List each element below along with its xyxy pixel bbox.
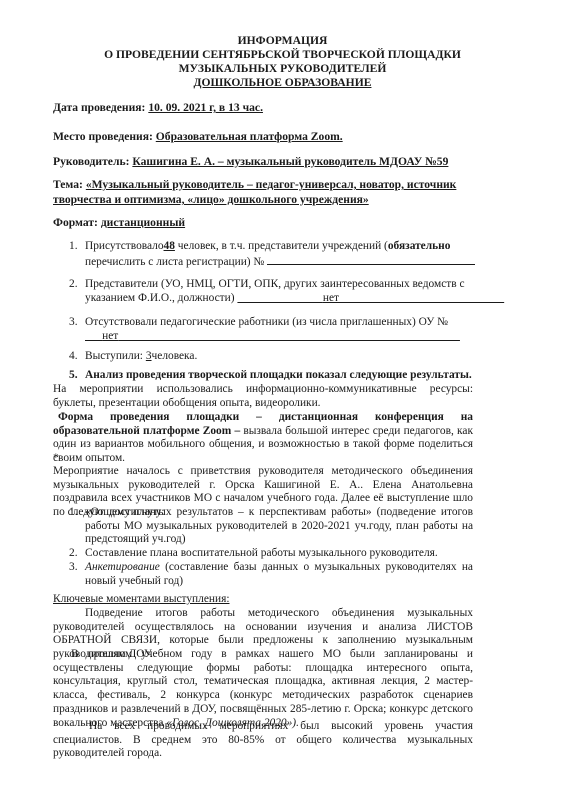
list-item-3-num: 3.	[69, 316, 78, 328]
date-value: 10. 09. 2021 г, в 13 час.	[148, 101, 263, 114]
doc-title-line4: ДОШКОЛЬНОЕ ОБРАЗОВАНИЕ	[0, 76, 565, 90]
attendance-count: 48	[164, 240, 175, 252]
place-label: Место проведения:	[53, 130, 153, 143]
format-field: Формат: дистанционный	[53, 216, 185, 229]
key-moments-p2: В прошлом учебном году в рамках нашего М…	[53, 648, 473, 730]
list-item-4-line: Выступили: 3человека.	[85, 350, 197, 362]
list-item-2-line1: Представители (УО, НМЦ, ОГТИ, ОПК, други…	[85, 278, 465, 290]
topic-field: Тема: «Музыкальный руководитель – педаго…	[53, 178, 456, 191]
list-item-2-line2: указанием Ф.И.О., должности) нет	[85, 292, 467, 304]
leader-value: Кашигина Е. А. – музыкальный руководител…	[132, 155, 448, 168]
plan-item-3-text: Анкетирование (составление базы данных о…	[85, 561, 473, 588]
format-paragraph: Форма проведения площадки – дистанционна…	[53, 411, 473, 466]
list-item-1-num: 1.	[69, 240, 78, 252]
plan-item-3-num: 3.	[69, 561, 78, 573]
key-moments-p3: На всех проводимых мероприятиях был высо…	[53, 720, 473, 761]
list-item-4-num: 4.	[69, 350, 78, 362]
key-moments-heading: Ключевые моментами выступления:	[53, 593, 230, 605]
topic-value-line2: творчества и оптимизма, «лицо» дошкольно…	[53, 193, 369, 206]
place-value: Образовательная платформа Zoom.	[156, 130, 343, 143]
date-label: Дата проведения:	[53, 101, 145, 114]
list-item-3-line1: Отсутствовали педагогические работники (…	[85, 316, 448, 328]
list-item-5-num: 5.	[69, 369, 78, 381]
format-value: дистанционный	[101, 216, 185, 229]
format-label: Формат:	[53, 216, 98, 229]
topic-label: Тема:	[53, 178, 83, 191]
list-item-1-line1: Присутствовало48 человек, в т.ч. предста…	[85, 240, 450, 252]
leader-field: Руководитель: Кашигина Е. А. – музыкальн…	[53, 155, 448, 168]
doc-title-line3: МУЗЫКАЛЬНЫХ РУКОВОДИТЕЛЕЙ	[0, 62, 565, 76]
list-item-5-text: Анализ проведения творческой площадки по…	[85, 369, 472, 381]
date-field: Дата проведения: 10. 09. 2021 г, в 13 ча…	[53, 101, 263, 114]
leader-label: Руководитель:	[53, 155, 129, 168]
list-item-2-num: 2.	[69, 278, 78, 290]
list-item-1-line2: перечислить с листа регистрации) №	[85, 254, 475, 268]
doc-title-line2: О ПРОВЕДЕНИИ СЕНТЯБРЬСКОЙ ТВОРЧЕСКОЙ ПЛО…	[0, 48, 565, 62]
plan-item-2-num: 2.	[69, 547, 78, 559]
plan-item-1-num: 1.	[69, 506, 78, 518]
plan-item-1-text: «От достигнутых результатов – к перспект…	[85, 506, 473, 547]
topic-value-line1: «Музыкальный руководитель – педагог-унив…	[86, 178, 457, 191]
representatives-value: нет	[237, 292, 467, 304]
absent-value: нет	[85, 330, 460, 342]
blank-line	[267, 254, 475, 265]
place-field: Место проведения: Образовательная платфо…	[53, 130, 343, 143]
resources-paragraph: На мероприятии использовались информацио…	[53, 383, 473, 410]
asterisk: *	[53, 452, 59, 464]
plan-item-2-text: Составление плана воспитательной работы …	[85, 547, 438, 559]
doc-title-line1: ИНФОРМАЦИЯ	[0, 34, 565, 48]
